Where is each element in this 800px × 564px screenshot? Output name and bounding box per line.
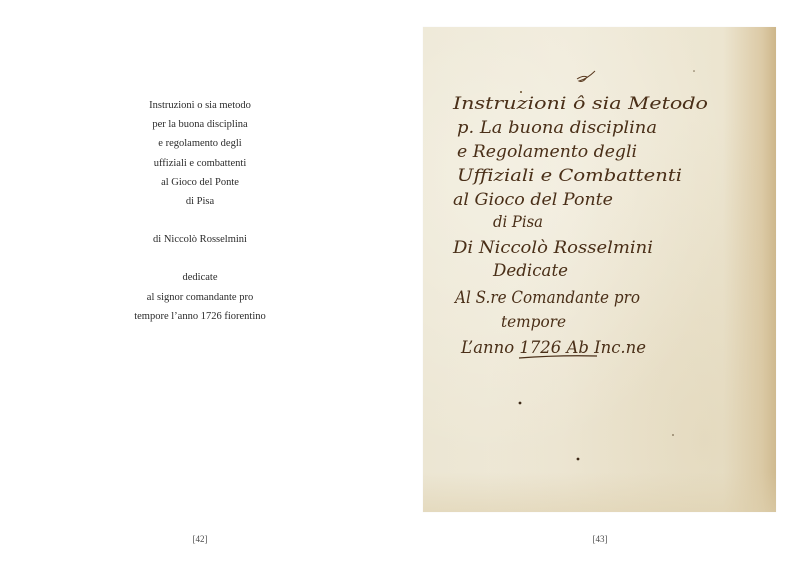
title-line: di Pisa: [100, 192, 300, 211]
handwritten-line: e Regolamento degli: [457, 142, 637, 162]
handwritten-line: al Gioco del Ponte: [453, 190, 613, 210]
title-line: e regolamento degli: [100, 134, 300, 153]
handwritten-line: L’anno 1726 Ab Inc.ne: [460, 338, 646, 358]
author-line: di Niccolò Rosselmini: [100, 230, 300, 249]
handwritten-line: Instruzioni ô sia Metodo: [452, 94, 708, 114]
title-line: Instruzioni o sia metodo: [100, 96, 300, 115]
page-number-left: [42]: [180, 534, 220, 544]
handwritten-line: tempore: [501, 312, 566, 331]
dedication-line: al signor comandante pro: [100, 288, 300, 307]
right-page: Instruzioni ô sia Metodo p. La buona dis…: [400, 0, 800, 564]
handwritten-line: Di Niccolò Rosselmini: [452, 238, 653, 258]
left-page: Instruzioni o sia metodo per la buona di…: [0, 0, 400, 564]
handwritten-line: Al S.re Comandante pro: [453, 288, 640, 308]
handwritten-line: Dedicate: [492, 261, 568, 281]
book-spread: Instruzioni o sia metodo per la buona di…: [0, 0, 800, 564]
manuscript-handwriting: Instruzioni ô sia Metodo p. La buona dis…: [423, 27, 776, 512]
handwritten-line: p. La buona disciplina: [457, 118, 657, 138]
handwritten-line: Uffiziali e Combattenti: [457, 166, 682, 186]
handwritten-line: di Pisa: [493, 212, 543, 231]
spacer: [100, 211, 300, 230]
spacer: [100, 249, 300, 268]
title-line: al Gioco del Ponte: [100, 173, 300, 192]
dedication-line: dedicate: [100, 268, 300, 287]
page-number-right: [43]: [580, 534, 620, 544]
manuscript-image: Instruzioni ô sia Metodo p. La buona dis…: [423, 27, 776, 512]
dedication-line: tempore l’anno 1726 fiorentino: [100, 307, 300, 326]
transcription-block: Instruzioni o sia metodo per la buona di…: [100, 96, 300, 326]
title-line: uffiziali e combattenti: [100, 154, 300, 173]
title-line: per la buona disciplina: [100, 115, 300, 134]
